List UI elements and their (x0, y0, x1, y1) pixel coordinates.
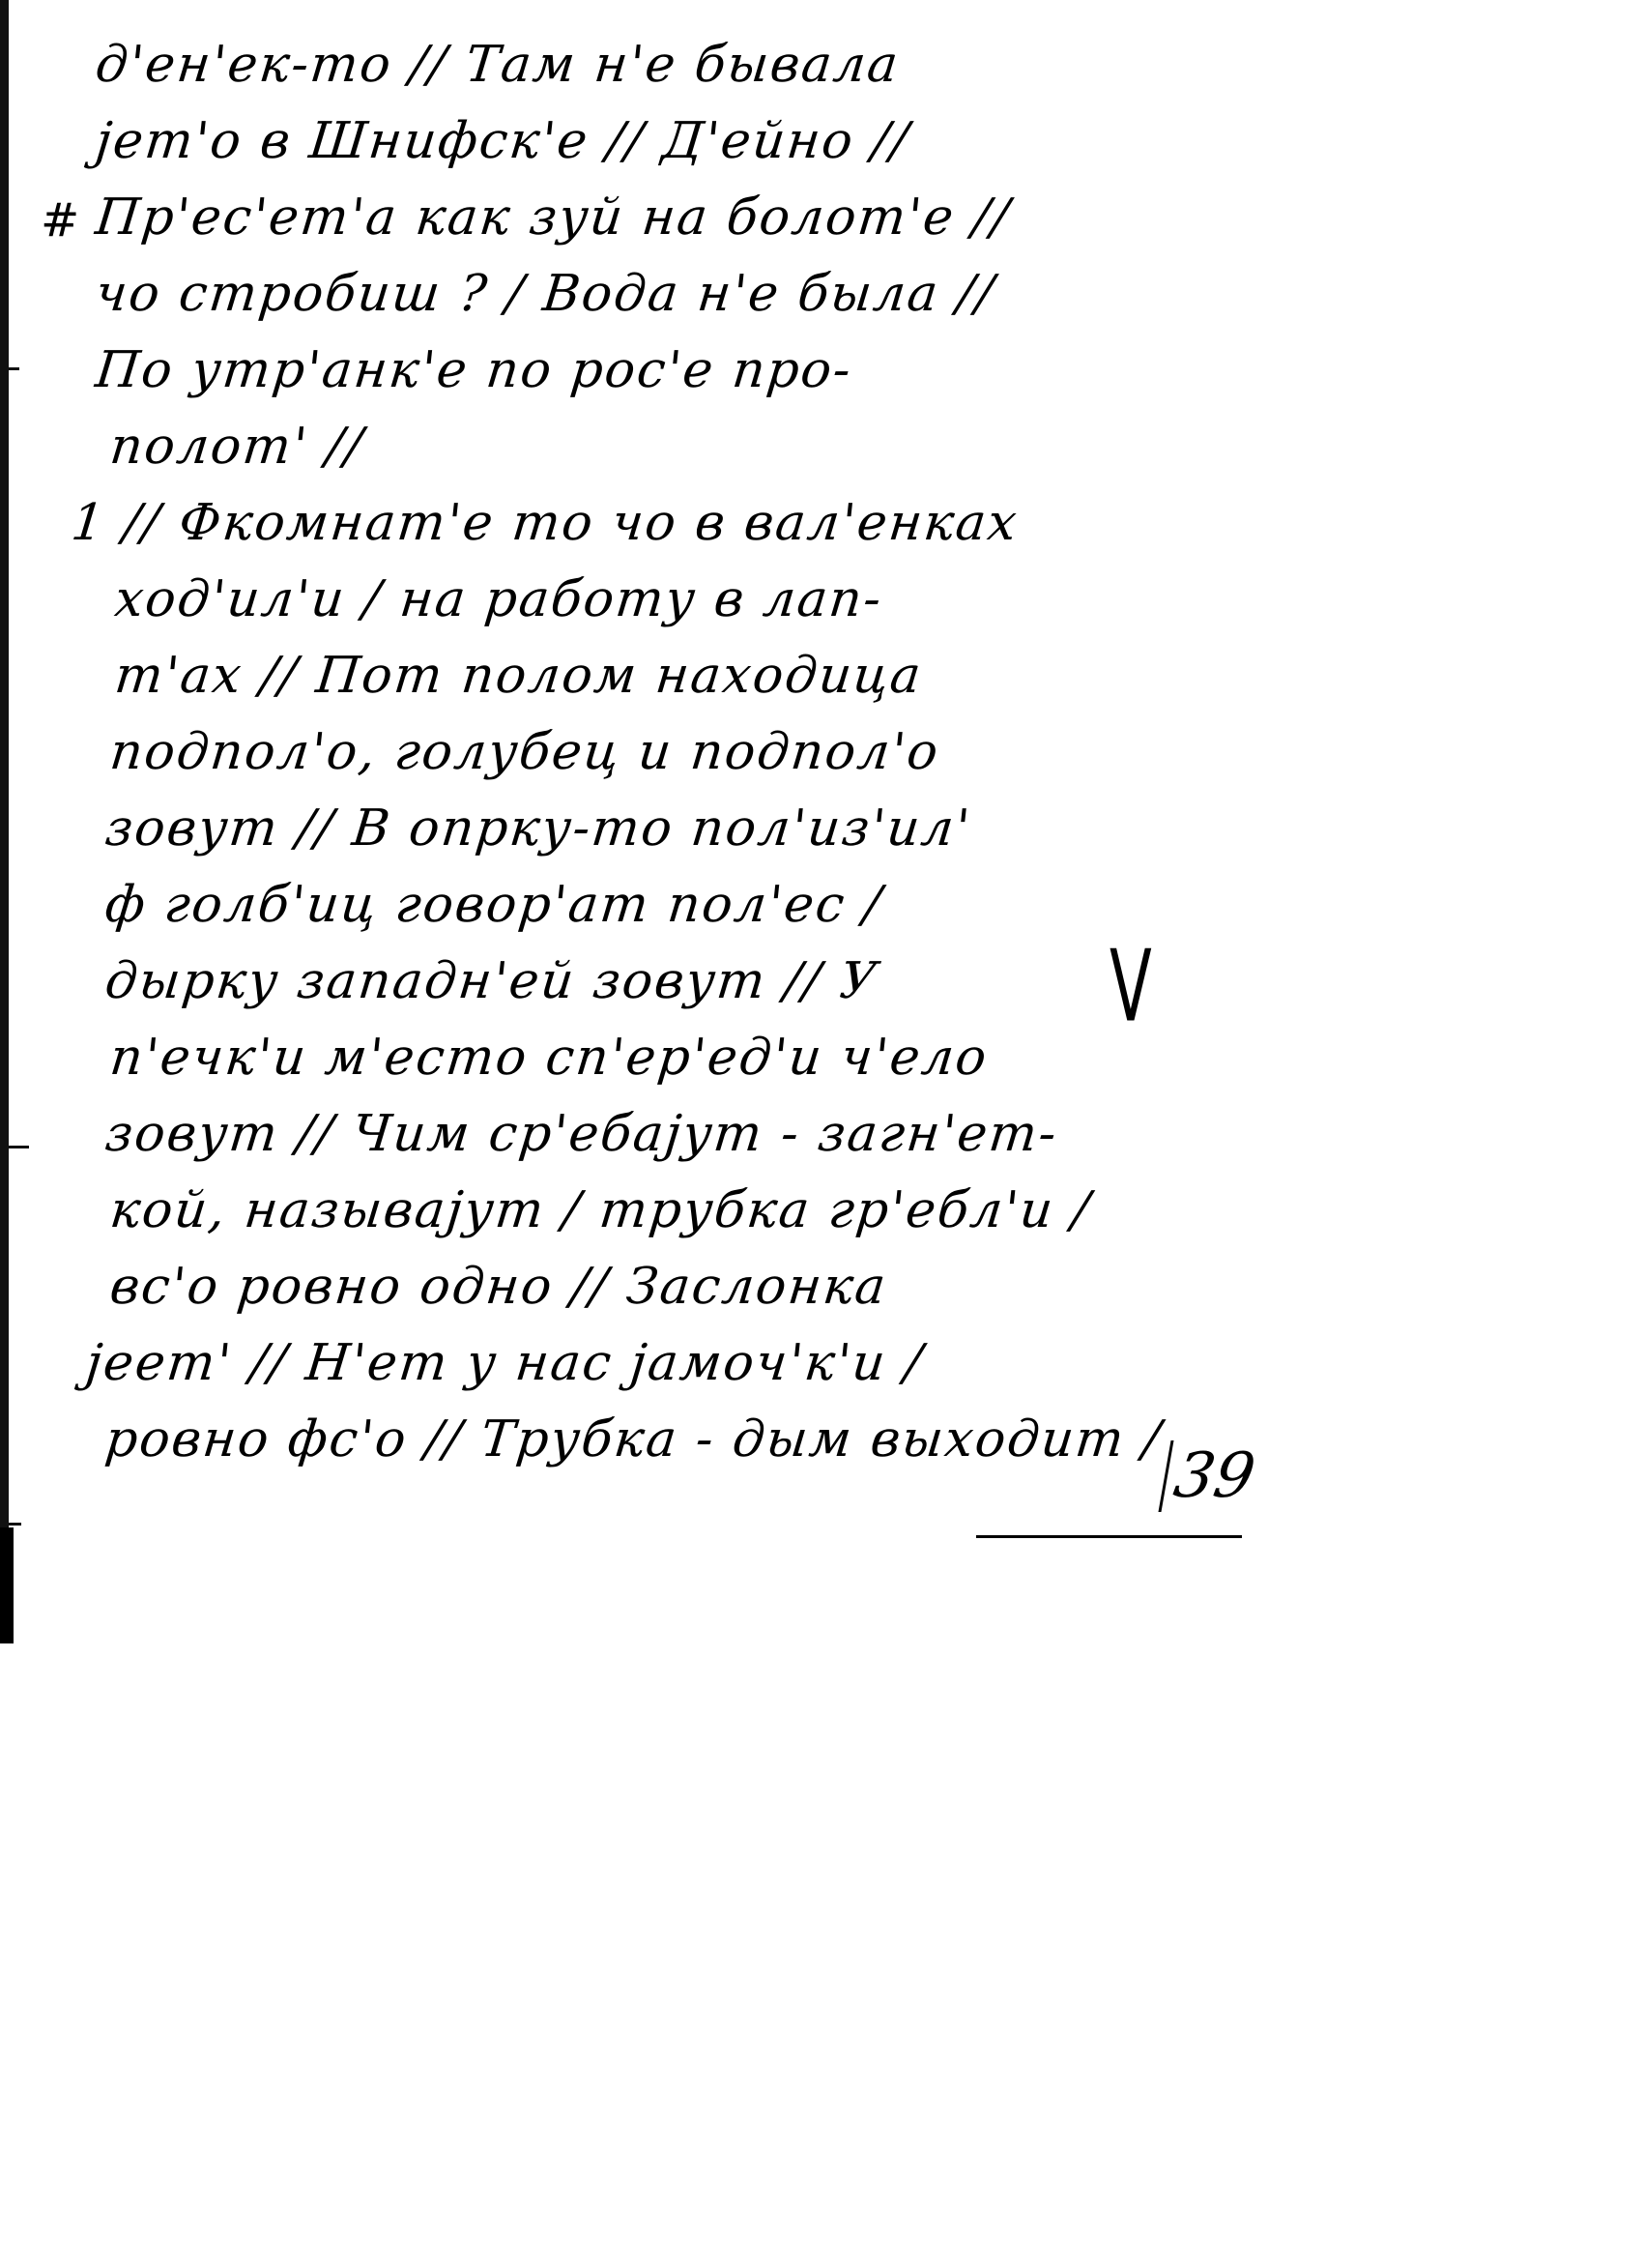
text-line: вс'о ровно одно // Заслонка (68, 1249, 1283, 1325)
text-line: подпол'о, голубец и подпол'о (68, 714, 1283, 791)
text-line: чо стробиш ? / Вода н'е была // (68, 256, 1283, 333)
text-line: jеет' // Н'ет у нас jамоч'к'и / (68, 1325, 1283, 1402)
footer-rule (976, 1535, 1242, 1538)
text-line: ход'ил'и / на работу в лап- (68, 562, 1283, 638)
edge-tick (0, 1146, 29, 1149)
text-line: т'ах // Пот полом находица (68, 638, 1283, 714)
edge-tick (0, 1523, 21, 1526)
text-line: д'ен'ек-то // Там н'е бывала (68, 27, 1283, 103)
text-line: кой, называjут / трубка гр'ебл'и / (68, 1173, 1283, 1249)
text-line: зовут // В опрку-то пол'из'ил' (68, 791, 1283, 867)
text-line: Пр'ес'ет'а как зуй на болот'е // (68, 180, 1283, 256)
binding-edge (0, 0, 9, 1643)
page-number: 39 (1158, 1440, 1259, 1512)
text-line: ровно фс'о // Трубка - дым выходит / (68, 1402, 1283, 1478)
text-line: По утр'анк'е по рос'е про- (68, 333, 1283, 409)
text-line: дырку западн'ей зовут // У (68, 944, 1283, 1020)
edge-tick (0, 367, 19, 370)
text-line: jет'о в Шнифск'е // Д'ейно // (68, 103, 1283, 180)
text-line: зовут // Чим ср'ебajут - загн'ет- (68, 1096, 1283, 1173)
handwritten-text-block: д'ен'ек-то // Там н'е бывала jет'о в Шни… (68, 27, 1276, 1478)
text-line: ф голб'иц говор'ат пол'ес / (68, 867, 1283, 944)
scanned-page: # д'ен'ек-то // Там н'е бывала jет'о в Ш… (0, 0, 1643, 2268)
text-line: 1 // Фкомнат'е то чо в вал'енках (68, 485, 1283, 562)
check-mark: V (1110, 931, 1152, 1045)
text-line: полот' // (68, 409, 1283, 485)
text-line: п'ечк'и м'есто сп'ер'ед'и ч'ело (68, 1020, 1283, 1096)
